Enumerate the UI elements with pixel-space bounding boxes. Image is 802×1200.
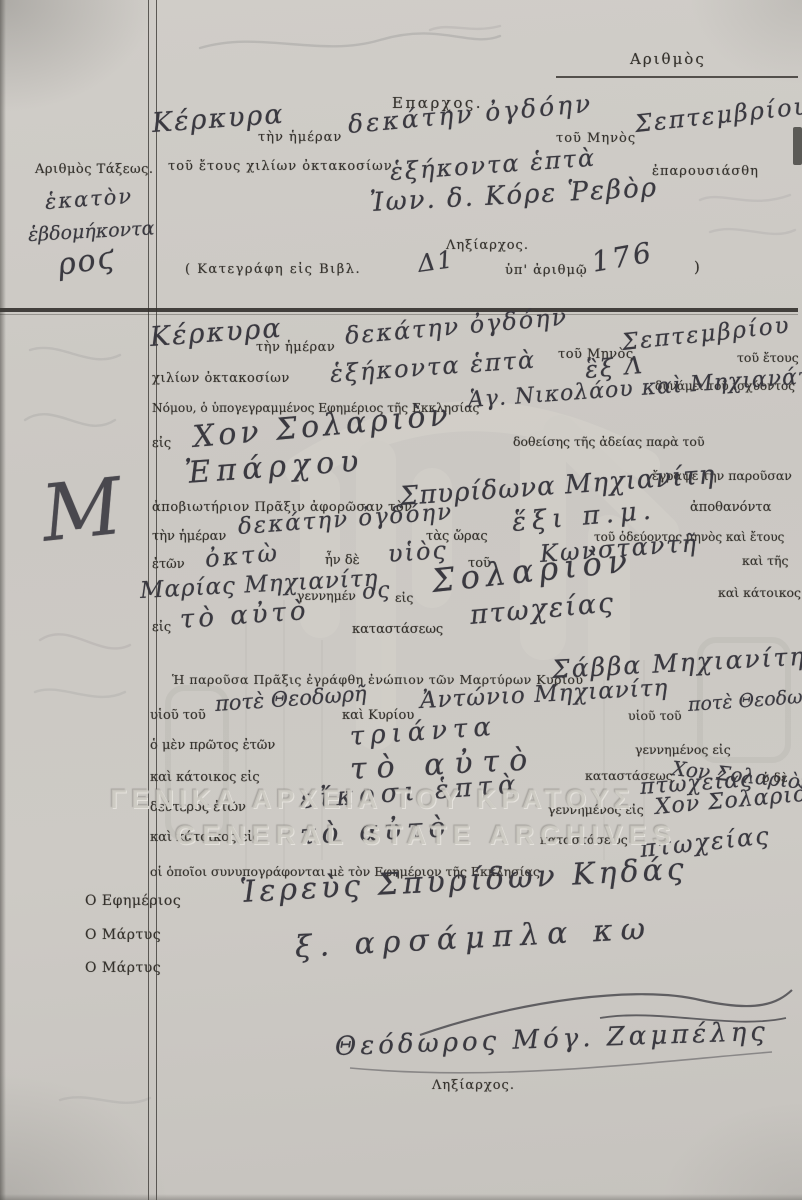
permission-label: δοθείσης τῆς ἀδείας παρὰ τοῦ xyxy=(513,434,705,449)
resident-label: καὶ κάτοικος xyxy=(718,585,801,600)
age-label: ἐτῶν xyxy=(152,557,185,572)
presented-label: ἐπαρουσιάσθη xyxy=(652,164,759,179)
section-divider-rule-thin xyxy=(0,314,798,315)
status-label: καταστάσεως xyxy=(352,622,443,637)
number-label: Αριθμὸς xyxy=(630,50,706,68)
witness1-signature-label: Ο Μάρτυς xyxy=(85,927,161,943)
registrar-label-top: Ληξίαρχος. xyxy=(446,238,529,253)
day-label: τὴν ἡμέραν xyxy=(256,340,335,355)
registered-in-book-label: ( Κατεγράφη εἰς Βιβλ. xyxy=(185,262,361,277)
at-label: εἰς xyxy=(152,436,171,451)
witness2-signature-label: Ο Μάρτυς xyxy=(85,960,161,976)
margin-ink-mark: M xyxy=(37,462,126,560)
registered-close-paren: ) xyxy=(694,258,700,276)
order-number-label: Αριθμὸς Τάξεως. xyxy=(35,162,154,177)
under-number-label: ὑπ' ἀριθμῷ xyxy=(505,263,588,278)
scan-edge-artifact-bottom xyxy=(0,1194,802,1200)
first-witness-age-label: ὁ μὲν πρῶτος ἐτῶν xyxy=(150,738,275,753)
registrar-label-bottom: Ληξίαρχος. xyxy=(432,1078,515,1093)
resident-at-label-1: καὶ κάτοικος εἰς xyxy=(150,770,260,785)
scan-edge-artifact-right xyxy=(793,127,802,165)
archive-watermark-line1: ΓΕΝΙΚΑ ΑΡΧΕΙΑ ΤΟΥ ΚΡΑΤΟΥΣ xyxy=(110,784,635,815)
archive-watermark-line2: GENERAL STATE ARCHIVES xyxy=(175,820,677,851)
deceased-label: ἀποθανόντα xyxy=(690,500,771,515)
son-of-label: υἱοῦ τοῦ xyxy=(150,708,206,723)
year-label-2: χιλίων ὀκτακοσίων xyxy=(152,371,290,386)
scanned-death-record-page: Αριθμὸς Επαρχος. Κέρκυρα τὴν ἡμέραν δεκά… xyxy=(0,0,802,1200)
at-label-3: εἰς xyxy=(152,620,171,635)
month-label: τοῦ Μηνὸς xyxy=(556,131,636,146)
year-label: τοῦ ἔτους χιλίων ὀκτακοσίων xyxy=(168,159,393,174)
number-underline xyxy=(556,76,798,78)
handwritten-born-suffix: ος xyxy=(361,577,393,604)
scan-edge-artifact-left xyxy=(0,0,6,1200)
year-label: τοῦ ἔτους xyxy=(737,350,799,365)
and-of-label: καὶ τῆς xyxy=(742,553,789,568)
priest-signature-label: Ο Εφημέριος xyxy=(85,893,181,909)
day-label-2: τὴν ἡμέραν xyxy=(152,529,226,544)
day-label: τὴν ἡμέραν xyxy=(258,130,342,145)
section-divider-rule xyxy=(0,308,798,312)
handwritten-book: Δ1 xyxy=(416,245,456,278)
born-at-label-1: γεννημένος εἰς xyxy=(635,742,731,757)
at-label-2: εἰς xyxy=(395,590,413,605)
son-of-label-2: υἱοῦ τοῦ xyxy=(628,708,682,723)
